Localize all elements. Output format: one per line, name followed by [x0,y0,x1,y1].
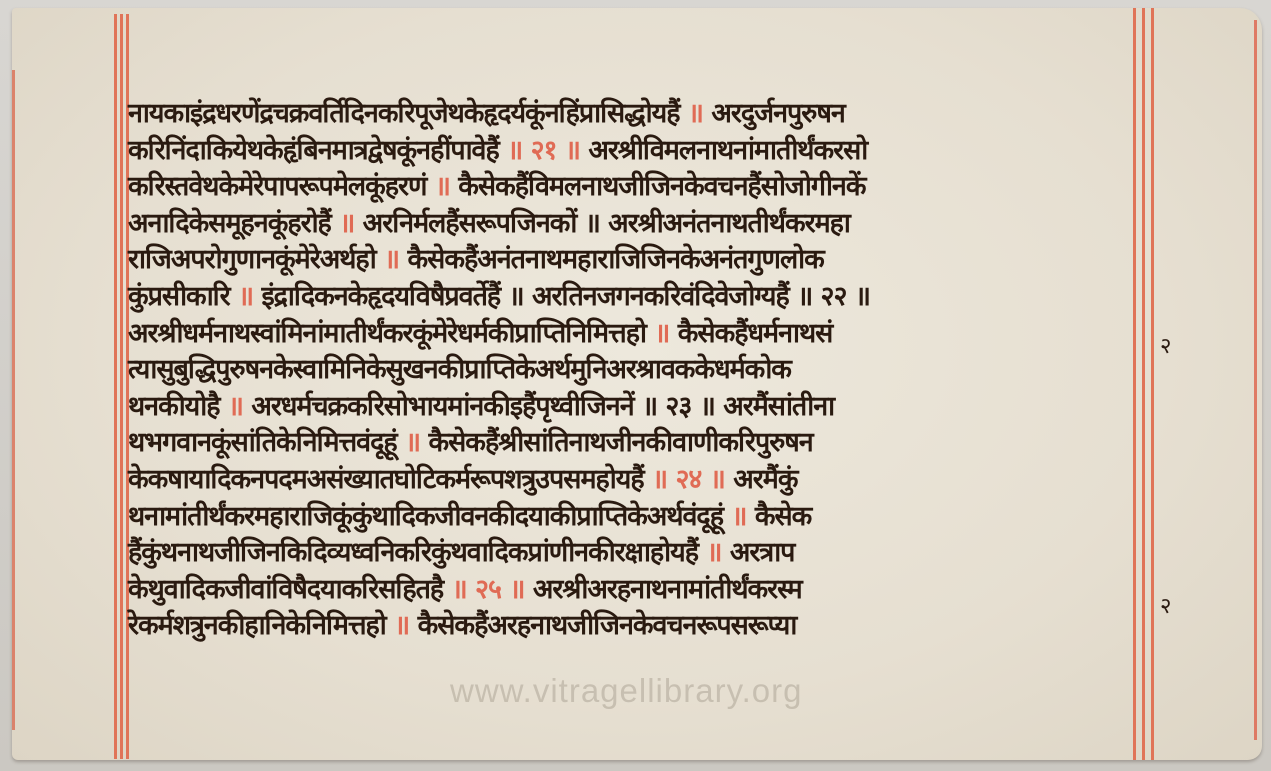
line-tail: अरश्रीअरहनाथनामांतीर्थंकरस्म [533,574,802,605]
manuscript-line: हैंकुंथनाथजीजिनकिदिव्यध्वनिकरिकुंथवादिकप… [128,535,1133,572]
manuscript-line: करिनिंदाकियेथकेहृंबिनमात्रद्वेषकूंनहींपा… [128,133,1133,170]
manuscript-line: थभगवानकूंसांतिकेनिमित्तवंदूहूं ॥ कैसेकहै… [128,425,1133,462]
line-text: अरश्रीधर्मनाथस्वांमिनांमातीर्थंकरकूंमेरे… [128,318,646,349]
line-tail: अरमैंकुं [733,464,797,495]
line-tail: कैसेकहैंधर्मनाथसं [678,318,833,349]
right-edge-rule [1254,20,1257,740]
rubric-mark: ॥ [688,98,703,129]
line-text: रेकर्मशत्रुनकीहानिकेनिमित्तहो [128,610,386,641]
manuscript-line: त्यासुबुद्धिपुरुषनकेस्वामिनिकेसुखनकीप्रा… [128,352,1133,389]
line-text: थभगवानकूंसांतिकेनिमित्तवंदूहूं [128,427,397,458]
line-tail: कैसेकहैंअनंतनाथमहाराजिजिनकेअनंतगुणलोक [408,244,824,275]
line-text: केकषायादिकनपदमअसंख्यातघोटिकर्मरूपशत्रुउप… [128,464,644,495]
line-text: नायकाइंद्रधरणेंद्रचक्रवर्तिदिनकरिपूजेथके… [128,98,680,129]
rubric-mark: ॥ २१ ॥ [507,135,580,166]
left-margin-rule [114,14,117,759]
margin-note: २ [1160,590,1171,620]
manuscript-line: कुंप्रसीकारि ॥ इंद्रादिकनकेहृदयविषैप्रवर… [128,279,1133,316]
margin-note: २ [1160,330,1171,360]
line-text: कुंप्रसीकारि [128,281,230,312]
manuscript-line: थनामांतीर्थंकरमहाराजिकूंकुंथादिकजीवनकीदय… [128,499,1133,536]
manuscript-line: थनकीयोहै ॥ अरधर्मचक्रकरिसोभायमांनकीइहैंप… [128,389,1133,426]
rubric-mark: ॥ [405,427,420,458]
manuscript-line: अनादिकेसमूहनकूंहरोहैं ॥ अरनिर्मलहैंसरूपज… [128,206,1133,243]
line-text: करिनिंदाकियेथकेहृंबिनमात्रद्वेषकूंनहींपा… [128,135,499,166]
line-text: थनामांतीर्थंकरमहाराजिकूंकुंथादिकजीवनकीदय… [128,501,723,532]
rubric-mark: ॥ [339,208,354,239]
rubric-mark: ॥ [654,318,669,349]
rubric-mark: ॥ २४ ॥ [652,464,725,495]
line-tail: कैसेकहैंविमलनाथजीजिनकेवचनहैंसोजोगीनकें [458,171,865,202]
manuscript-line: रेकर्मशत्रुनकीहानिकेनिमित्तहो ॥ कैसेकहैं… [128,608,1133,645]
manuscript-line: राजिअपरोगुणानकूंमेरेअर्थहो ॥ कैसेकहैंअनं… [128,242,1133,279]
rubric-mark: ॥ [394,610,409,641]
line-text: करिस्तवेथकेमेरेपापरूपमेलकूंहरणं [128,171,426,202]
line-text: हैंकुंथनाथजीजिनकिदिव्यध्वनिकरिकुंथवादिकप… [128,537,698,568]
manuscript-line: केकषायादिकनपदमअसंख्यातघोटिकर्मरूपशत्रुउप… [128,462,1133,499]
line-text: त्यासुबुद्धिपुरुषनकेस्वामिनिकेसुखनकीप्रा… [128,354,791,385]
watermark: www.vitragellibrary.org [450,672,802,710]
line-text: थनकीयोहै [128,391,220,422]
right-margin-rule [1142,8,1145,760]
manuscript-line: अरश्रीधर्मनाथस्वांमिनांमातीर्थंकरकूंमेरे… [128,316,1133,353]
line-tail: अरश्रीविमलनाथनांमातीर्थंकरसो [588,135,867,166]
manuscript-text: नायकाइंद्रधरणेंद्रचक्रवर्तिदिनकरिपूजेथके… [128,96,1138,645]
line-tail: इंद्रादिकनकेहृदयविषैप्रवर्तेहैं ॥ अरतिनज… [261,281,870,312]
line-text: केथुवादिकजीवांविषैदयाकरिसहितहै [128,574,443,605]
rubric-mark: ॥ [384,244,399,275]
left-margin-rule [120,14,123,759]
line-tail: अरत्राप [730,537,795,568]
rubric-mark: ॥ [435,171,450,202]
line-text: राजिअपरोगुणानकूंमेरेअर्थहो [128,244,376,275]
line-tail: कैसेकहैंअरहनाथजीजिनकेवचनरूपसरूप्या [418,610,797,641]
line-text: अनादिकेसमूहनकूंहरोहैं [128,208,331,239]
manuscript-line: केथुवादिकजीवांविषैदयाकरिसहितहै ॥ २५ ॥ अर… [128,572,1133,609]
rubric-mark: ॥ [706,537,721,568]
left-edge-rule [12,70,15,730]
rubric-mark: ॥ [731,501,746,532]
manuscript-line: नायकाइंद्रधरणेंद्रचक्रवर्तिदिनकरिपूजेथके… [128,96,1133,133]
line-tail: अरदुर्जनपुरुषन [711,98,844,129]
rubric-mark: ॥ [238,281,253,312]
line-tail: कैसेक [755,501,811,532]
rubric-mark: ॥ २५ ॥ [452,574,525,605]
line-tail: अरनिर्मलहैंसरूपजिनकों ॥ अरश्रीअनंतनाथतीर… [363,208,850,239]
manuscript-line: करिस्तवेथकेमेरेपापरूपमेलकूंहरणं ॥ कैसेकह… [128,169,1133,206]
rubric-mark: ॥ [228,391,243,422]
right-margin-rule [1151,8,1154,760]
line-tail: कैसेकहैंश्रीसांतिनाथजीनकीवाणीकरिपुरुषन [429,427,813,458]
line-tail: अरधर्मचक्रकरिसोभायमांनकीइहैंपृथ्वीजिननें… [251,391,834,422]
